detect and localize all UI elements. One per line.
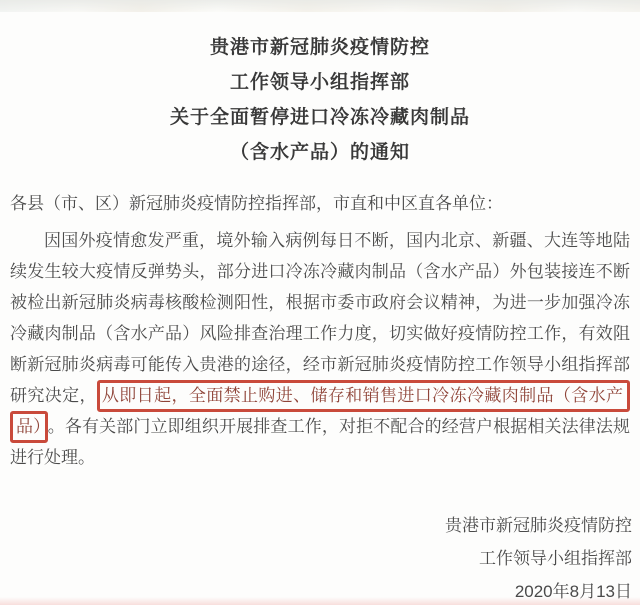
body-paragraph: 因国外疫情愈发严重，境外输入病例每日不断，国内北京、新疆、大连等地陆续发生较大疫… — [10, 225, 630, 473]
notice-document: 贵港市新冠肺炎疫情防控 工作领导小组指挥部 关于全面暂停进口冷冻冷藏肉制品 （含… — [0, 0, 640, 605]
scan-artifact-top — [0, 0, 640, 12]
signature-line-1: 贵港市新冠肺炎疫情防控 — [0, 509, 632, 542]
body-line: 断新冠肺炎病毒可能传入贵港的途径，经市新冠肺炎疫情防控工作领导小组指挥部 — [10, 349, 630, 380]
body-text: 进行处理。 — [10, 448, 95, 467]
salutation: 各县（市、区）新冠肺炎疫情防控指挥部，市直和中区直各单位： — [10, 189, 630, 219]
body-text: 断新冠肺炎病毒可能传入贵港的途径，经市新冠肺炎疫情防控工作领导小组指挥部 — [10, 355, 630, 374]
body-line: 续发生较大疫情反弹势头，部分进口冷冻冷藏肉制品（含水产品）外包装接连不断 — [10, 256, 630, 287]
body-line: 被检出新冠肺炎病毒核酸检测阳性，根据市委市政府会议精神，为进一步加强冷冻 — [10, 287, 630, 318]
highlight-box-close: 品） — [10, 411, 48, 443]
body-text: 。各有关部门立即组织开展排查工作，对拒不配合的经营户根据相关法律法规 — [48, 417, 630, 436]
body-line: 研究决定，从即日起，全面禁止购进、储存和销售进口冷冻冷藏肉制品（含水产 — [10, 380, 630, 411]
scan-artifact-bottom — [0, 597, 640, 605]
body-text: 续发生较大疫情反弹势头，部分进口冷冻冷藏肉制品（含水产品）外包装接连不断 — [10, 262, 630, 281]
body-text: 研究决定， — [10, 386, 97, 405]
title-line-2: 工作领导小组指挥部 — [0, 65, 640, 100]
signature-block: 贵港市新冠肺炎疫情防控 工作领导小组指挥部 2020年8月13日 — [0, 509, 640, 605]
body-text: 因国外疫情愈发严重，境外输入病例每日不断，国内北京、新疆、大连等地陆 — [44, 231, 630, 250]
body-line: 因国外疫情愈发严重，境外输入病例每日不断，国内北京、新疆、大连等地陆 — [10, 225, 630, 256]
highlight-box-open: 从即日起，全面禁止购进、储存和销售进口冷冻冷藏肉制品（含水产 — [97, 380, 630, 412]
document-title: 贵港市新冠肺炎疫情防控 工作领导小组指挥部 关于全面暂停进口冷冻冷藏肉制品 （含… — [0, 0, 640, 170]
body-line: 进行处理。 — [10, 442, 630, 473]
title-line-1: 贵港市新冠肺炎疫情防控 — [0, 30, 640, 65]
signature-line-2: 工作领导小组指挥部 — [0, 542, 632, 575]
body-line: 冷藏肉制品（含水产品）风险排查治理工作力度，切实做好疫情防控工作，有效阻 — [10, 318, 630, 349]
body-text: 冷藏肉制品（含水产品）风险排查治理工作力度，切实做好疫情防控工作，有效阻 — [10, 324, 630, 343]
title-line-4: （含水产品）的通知 — [0, 135, 640, 170]
title-line-3: 关于全面暂停进口冷冻冷藏肉制品 — [0, 100, 640, 135]
body-text: 被检出新冠肺炎病毒核酸检测阳性，根据市委市政府会议精神，为进一步加强冷冻 — [10, 293, 630, 312]
body-line: 品）。各有关部门立即组织开展排查工作，对拒不配合的经营户根据相关法律法规 — [10, 411, 630, 442]
